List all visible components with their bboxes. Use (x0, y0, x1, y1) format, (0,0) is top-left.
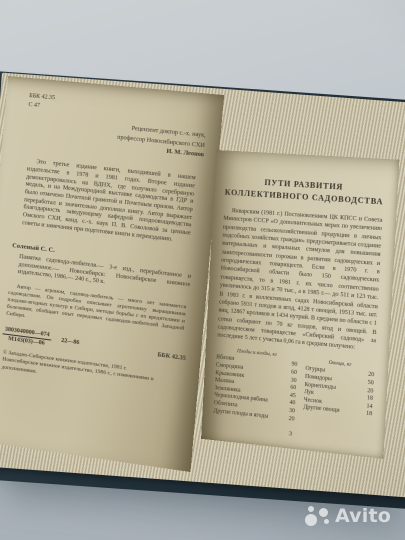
catalog-fraction: 3803040000—074 М143(03)—86 (2, 326, 52, 347)
avito-logo-icon (305, 506, 330, 527)
left-page: ББК 42.35 С 47 Рецензент доктор с.-х. на… (0, 76, 224, 472)
chapter-title: ПУТИ РАЗВИТИЯ КОЛЛЕКТИВНОГО САДОВОДСТВА (224, 175, 384, 210)
right-page: ПУТИ РАЗВИТИЯ КОЛЛЕКТИВНОГО САДОВОДСТВА … (201, 150, 399, 459)
avito-wordmark: Avito (335, 505, 391, 527)
edition-note: Это третье издание книги, выходившей в н… (22, 159, 196, 247)
fruits-column: Плоды и ягоды, кг Яблоки90 Смородина60 К… (213, 346, 298, 424)
catalog-suffix: 22—86 (61, 338, 80, 346)
row-value: 18 (366, 411, 372, 419)
photo-of-open-book: ББК 42.35 С 47 Рецензент доктор с.-х. на… (0, 0, 405, 540)
row-value: 20 (288, 416, 294, 424)
yield-table: Плоды и ягоды, кг Яблоки90 Смородина60 К… (213, 346, 375, 432)
avito-watermark: Avito (305, 505, 391, 527)
vegetables-column: Овощи, кг Огурцы20 Помидоры50 Корнеплоды… (302, 354, 375, 432)
chapter-body: Январским (1981 г.) Постановлением ЦК КП… (217, 206, 383, 354)
bbk-bottom: ББК 42.35 (157, 352, 186, 362)
